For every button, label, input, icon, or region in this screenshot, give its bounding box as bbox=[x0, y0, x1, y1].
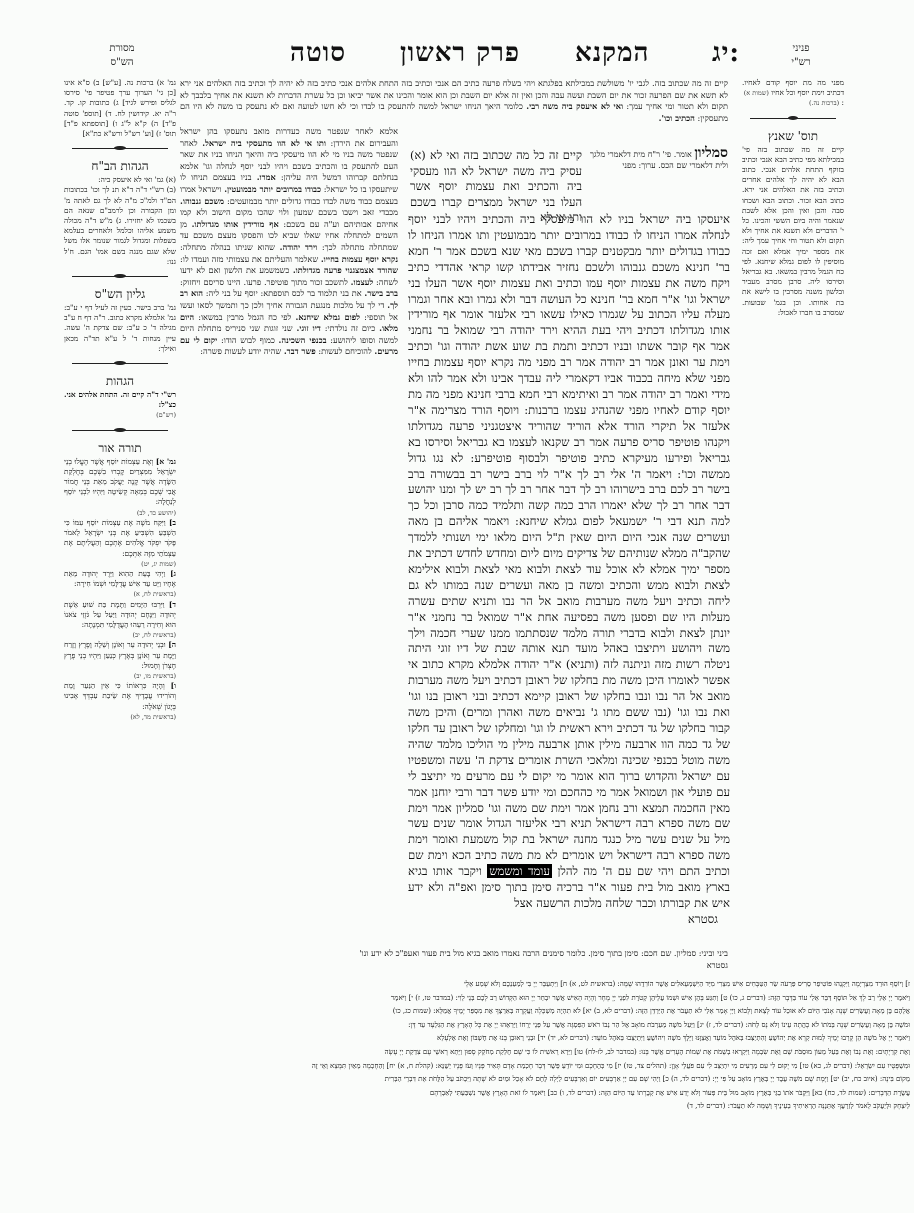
torah-or-entry: ג] וַיְהִי בָּעֵת הַהִוא וַיֵּרֶד יְהוּד… bbox=[64, 569, 176, 600]
rashi-commentary-column: אלמא לאחר שנפטר משה כעדרות מואב נתעסקו ב… bbox=[180, 126, 398, 358]
torah-line: וַיֹּאמֶר יְיָ אֶל מֹשֶׁה הֵן קָרְבוּ יָ… bbox=[180, 1032, 910, 1046]
rashi-text: שאלמר והעליתם את עצמותי מזה ועמדו לו: bbox=[180, 254, 318, 264]
catchword: גסטרא bbox=[180, 960, 728, 972]
torah-or-entry: ב] וַיִּקַּח מֹשֶׁה אֶת עַצְמוֹת יוֹסֵף … bbox=[64, 518, 176, 569]
verse-text: וַיִּקַּח מֹשֶׁה אֶת עַצְמוֹת יוֹסֵף עִמ… bbox=[64, 518, 176, 558]
ornament-divider bbox=[72, 271, 168, 281]
verse-ref: (בראשית מו, יב) bbox=[64, 671, 176, 681]
gilyon-hashas-title: גליון הש"ס bbox=[64, 285, 176, 303]
torah-line: ז] וְיוֹסֵף הוּרַד מִצְרָיְמָה וַיִּקְנֵ… bbox=[180, 978, 910, 992]
rashi-dibbur: לפום גמלא שיחנא. bbox=[296, 312, 360, 322]
torah-line: מְקוֹם בִּינָה: (איוב כח, יב) יט] וַיָּמ… bbox=[180, 1073, 910, 1087]
highlighted-selection[interactable]: עומד ומשמש bbox=[487, 864, 552, 878]
rashi-dibbur: אמרו. bbox=[257, 172, 276, 182]
hagahot-habach-title: הגהות הב"ח bbox=[64, 157, 176, 175]
rashi-dibbur: בכנפי השכינה. bbox=[279, 335, 327, 345]
verse-label: ה] bbox=[168, 640, 176, 649]
rashi-dibbur: ואי לא איעסק ביה משה רבי. bbox=[526, 101, 623, 111]
tosafot-opener: סמליון bbox=[694, 145, 728, 161]
torah-or-entry: ד] וַיִּרְבּוּ הַיָּמִים וַתָּמָת בַּת ש… bbox=[64, 600, 176, 641]
torah-or-entry: גמ' א] וְאֶת עַצְמוֹת יוֹסֵף אֲשֶׁר הֶעֱ… bbox=[64, 457, 176, 518]
verse-label: ג] bbox=[170, 569, 176, 578]
torah-or-title: תורה אור bbox=[64, 439, 176, 457]
bottom-rashi-text: ביני וביני: סמליון. שם חכם: סימן בתוך סי… bbox=[359, 948, 728, 958]
verse-ref: (בראשית מד, לא) bbox=[64, 712, 176, 722]
tractate-title: סוטה bbox=[290, 38, 346, 68]
torah-line: וּמֹשֶׁה בֶּן מֵאָה וְעֶשְׂרִים שָׁנָה ב… bbox=[180, 1019, 910, 1033]
page-header: מסורת הש"ס סוטה פרק ראשון המקנא יג: פנינ… bbox=[0, 38, 914, 78]
pnini-rashi-ref: (ברכות נה.) bbox=[809, 99, 839, 107]
torah-line: אֲלֵהֶם בֶּן מֵאָה וְעֶשְׂרִים שָׁנָה אָ… bbox=[180, 1005, 910, 1019]
bottom-rashi: ביני וביני: סמליון. שם חכם: סימן בתוך סי… bbox=[180, 948, 728, 971]
rashi-text: שהוא שניתו בנהלה מתחלה: bbox=[180, 242, 275, 252]
torah-line: וּמִשְׁפָּטָיו עִם יִשְׂרָאֵל: (דברים לג… bbox=[180, 1060, 910, 1074]
rashi-text: להוכיחם לעשות: bbox=[318, 346, 371, 356]
tosafot-shantz-text: קיים זה מה שכתוב בזה פי' במכילתא מפי כתי… bbox=[742, 145, 844, 318]
rashi-dibbur: ברב בישר. bbox=[364, 288, 398, 298]
rashi-text: לפי כח הגמל מרבין במשאו: bbox=[198, 312, 291, 322]
torah-line: וַיֹּאמֶר יְיָ אֵלַי רַב לָךְ אַל תּוֹסֶ… bbox=[180, 992, 910, 1006]
verse-text: וְהָיָה כִּרְאוֹתוֹ כִּי אֵין הַנַּעַר ו… bbox=[64, 681, 176, 710]
hagahot-text: רש"י ד"ה קיים זה. התחת אלהים אני. כצ"ל: bbox=[64, 390, 176, 410]
ornament-divider bbox=[750, 113, 836, 123]
rashi-dibbur: הכתיב וכו'. bbox=[659, 113, 695, 123]
pnini-rashi-entry: : (ברכות נה.) bbox=[742, 98, 844, 108]
rashi-text: כמוף לבוש הודו: bbox=[221, 335, 275, 345]
ornament-divider bbox=[72, 425, 168, 435]
pnini-rashi-text: : bbox=[842, 98, 845, 107]
torah-or-entry: ה] וּבְנֵי יְהוּדָה עֵר וְאוֹנָן וְשֵׁלָ… bbox=[64, 640, 176, 681]
rashi-dibbur: שהורד אצמצגנוי פרעה מגדולתו. bbox=[293, 265, 398, 275]
rashi-text: כיום זה נולדתי: bbox=[325, 323, 376, 333]
torah-line: וְאֶת קִרְיָתָיִם: וְאֶת נְבוֹ וְאֶת בַּ… bbox=[180, 1046, 910, 1060]
rashi-dibbur: וירד יהודה. bbox=[280, 242, 318, 252]
chapter-name: המקנא bbox=[575, 38, 649, 68]
hagahot-title: הגהות bbox=[64, 372, 176, 390]
hagahot-habach-entry: (ב) רש"י ד"ה ד"א תנ לך וכו' בכתובות הם"ד… bbox=[64, 185, 176, 267]
gemara-text: איעסקו ביה ישראל בניו לא הוו מיעסקי ביה … bbox=[408, 212, 730, 878]
left-margin-column: גמ' א) ברכות נה. [ע"ש] ב) ס"א אינו [כן ג… bbox=[64, 78, 176, 722]
rashi-dibbur: נקרא יוסף עצמות בחייו. bbox=[321, 254, 398, 264]
pnini-rashi-ref: (שמות א) bbox=[744, 89, 769, 97]
verse-label: ו] bbox=[171, 681, 176, 690]
rashi-dibbur: אף מורידין אותו מגדולתו. bbox=[192, 219, 279, 229]
verse-ref: (שמות יג, יט) bbox=[64, 559, 176, 569]
masoret-hashas-label: מסורת הש"ס bbox=[92, 42, 152, 70]
bottom-torah-or: ז] וְיוֹסֵף הוּרַד מִצְרָיְמָה וַיִּקְנֵ… bbox=[180, 978, 910, 1114]
masoret-hashas-text: גמ' א) ברכות נה. [ע"ש] ב) ס"א אינו [כן ג… bbox=[64, 78, 176, 139]
rashi-text: לתשכב זכור מתוך פוטיפר. פרעו. היינו סריס… bbox=[180, 277, 348, 287]
rashi-text: שהיה יודע לעשות פשרה: bbox=[200, 346, 281, 356]
verse-ref: (בראשית לח, א) bbox=[64, 589, 176, 599]
tosafot-commentary: סמליון אומר. פי' ר"ח מית דלאמרי מלגך ולי… bbox=[590, 148, 728, 171]
torah-or-entry: ו] וְהָיָה כִּרְאוֹתוֹ כִּי אֵין הַנַּעַ… bbox=[64, 681, 176, 722]
pnini-rashi-label: פניני רש"י bbox=[776, 42, 826, 70]
gemara-main-text: איעסקו ביה ישראל בניו לא הוו מיעסקי ביה … bbox=[408, 212, 730, 928]
rashi-text: את בני תלמוד בר לכס תוספתא: יוסף על בני … bbox=[206, 288, 362, 298]
rashi-commentary: קיים זה מה שכתוב בזה. לגבי יו' משולשת במ… bbox=[180, 78, 728, 124]
torah-line: לְיִצְחָק וּלְיַעֲקֹב לֵאמֹר לְזַרְעֲךָ … bbox=[180, 1100, 910, 1114]
rashi-dibbur: לעצמו. bbox=[351, 277, 374, 287]
torah-line: עֲשֶׂרֶת הַדְּבָרִים: (שמות לד, כח) כא] … bbox=[180, 1087, 910, 1101]
verse-ref: (יהושע כד, לב) bbox=[64, 508, 176, 518]
hagahot-habach-entry: (א) גמ' ואי לא איעסק ביה: bbox=[64, 175, 176, 185]
gilyon-hashas-text: גמ' ברב בישר. כעין זה לעיל דף י ע"ב: גמ'… bbox=[64, 303, 176, 354]
verse-text: וּבְנֵי יְהוּדָה עֵר וְאוֹנָן וְשֵׁלָה ו… bbox=[64, 640, 176, 669]
verse-ref: (בראשית לח, יב) bbox=[64, 630, 176, 640]
tosafot-shantz-title: תוס' שאנץ bbox=[742, 127, 844, 145]
right-margin-column: מפני מה מת יוסף קודם לאחיו. דכתיב וימת י… bbox=[742, 78, 844, 318]
rashi-dibbur: דיו זוגי. bbox=[296, 323, 320, 333]
rashi-dibbur: משכם גנבוהו. bbox=[180, 196, 224, 206]
ornament-divider bbox=[72, 143, 168, 153]
verse-label: גמ' א] bbox=[156, 457, 176, 466]
rashi-dibbur: ותו אי לא הוו מתעסקי ביה ישראל. bbox=[202, 138, 326, 148]
ornament-divider bbox=[72, 358, 168, 368]
verse-label: ד] bbox=[169, 600, 176, 609]
chapter-number: פרק ראשון bbox=[400, 38, 520, 68]
verse-text: וַיִּרְבּוּ הַיָּמִים וַתָּמָת בַּת שׁוּ… bbox=[64, 600, 176, 629]
verse-text: וַיְהִי בָּעֵת הַהִוא וַיֵּרֶד יְהוּדָה … bbox=[64, 569, 176, 588]
daf-number: יג: bbox=[712, 38, 740, 68]
pnini-rashi-entry: מפני מה מת יוסף קודם לאחיו. דכתיב וימת י… bbox=[742, 78, 844, 98]
verse-label: ב] bbox=[169, 518, 176, 527]
rashi-dibbur: פשר דבר. bbox=[284, 346, 316, 356]
catchword: גסטרא bbox=[408, 912, 730, 928]
hagahot-ref: (רש"ם) bbox=[64, 410, 176, 420]
rashi-dibbur: כבודו במרובים יותר מבמועטין. bbox=[224, 184, 321, 194]
